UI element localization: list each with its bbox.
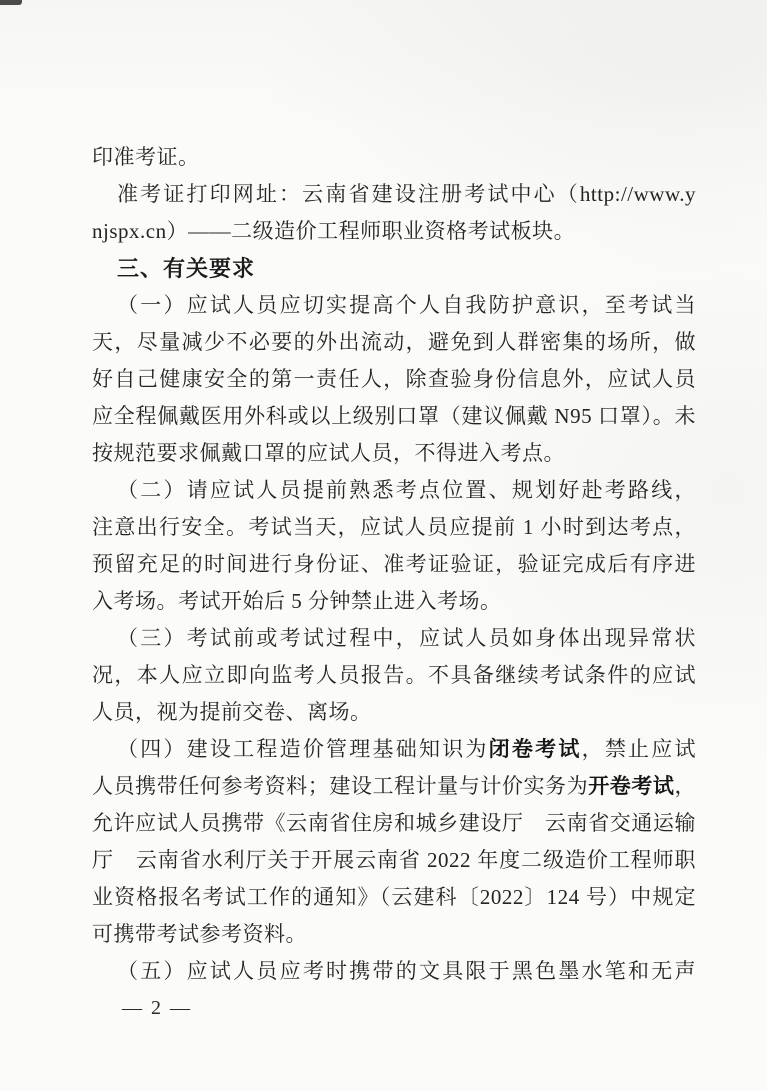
text-line: 按规范要求佩戴口罩的应试人员，不得进入考点。	[92, 435, 696, 472]
text-line: （二）请应试人员提前熟悉考点位置、规划好赴考路线，	[92, 472, 696, 509]
text-line: 天，尽量减少不必要的外出流动，避免到人群密集的场所，做	[92, 324, 696, 361]
text-line: 人员携带任何参考资料；建设工程计量与计价实务为开卷考试，	[92, 768, 696, 805]
text-segment: 人员携带任何参考资料；建设工程计量与计价实务为	[92, 774, 588, 798]
text-segment: ，禁止应试	[582, 737, 696, 761]
text-line: 允许应试人员携带《云南省住房和城乡建设厅 云南省交通运输	[92, 805, 696, 842]
page-number: — 2 —	[92, 990, 696, 1027]
section-heading: 三、有关要求	[92, 250, 696, 287]
text-line: （四）建设工程造价管理基础知识为闭卷考试，禁止应试	[92, 731, 696, 768]
document-page: 印准考证。 准考证打印网址：云南省建设注册考试中心（http://www.y n…	[0, 0, 767, 1091]
text-line: （一）应试人员应切实提高个人自我防护意识，至考试当	[92, 287, 696, 324]
document-body: 印准考证。 准考证打印网址：云南省建设注册考试中心（http://www.y n…	[92, 139, 696, 1027]
text-line: 可携带考试参考资料。	[92, 916, 696, 953]
text-line: 况，本人应立即向监考人员报告。不具备继续考试条件的应试	[92, 657, 696, 694]
text-segment: ，	[675, 774, 697, 798]
text-segment: （四）建设工程造价管理基础知识为	[117, 737, 489, 761]
text-line: 预留充足的时间进行身份证、准考证验证，验证完成后有序进	[92, 546, 696, 583]
text-line: njspx.cn）——二级造价工程师职业资格考试板块。	[92, 213, 696, 250]
text-line: 印准考证。	[92, 139, 696, 176]
text-line: 人员，视为提前交卷、离场。	[92, 694, 696, 731]
text-line: 好自己健康安全的第一责任人，除查验身份信息外，应试人员	[92, 361, 696, 398]
text-line: 厅 云南省水利厅关于开展云南省 2022 年度二级造价工程师职	[92, 842, 696, 879]
text-line: 入考场。考试开始后 5 分钟禁止进入考场。	[92, 583, 696, 620]
bold-term-open-book-exam: 开卷考试	[588, 775, 674, 798]
text-line: 注意出行安全。考试当天，应试人员应提前 1 小时到达考点，	[92, 509, 696, 546]
text-line: 业资格报名考试工作的通知》（云建科〔2022〕124 号）中规定	[92, 879, 696, 916]
scan-artifact	[0, 0, 22, 5]
text-line: （三）考试前或考试过程中，应试人员如身体出现异常状	[92, 620, 696, 657]
bold-term-closed-book-exam: 闭卷考试	[489, 738, 582, 761]
text-line: 准考证打印网址：云南省建设注册考试中心（http://www.y	[92, 176, 696, 213]
text-line: 应全程佩戴医用外科或以上级别口罩（建议佩戴 N95 口罩）。未	[92, 398, 696, 435]
text-line: （五）应试人员应考时携带的文具限于黑色墨水笔和无声	[92, 953, 696, 990]
